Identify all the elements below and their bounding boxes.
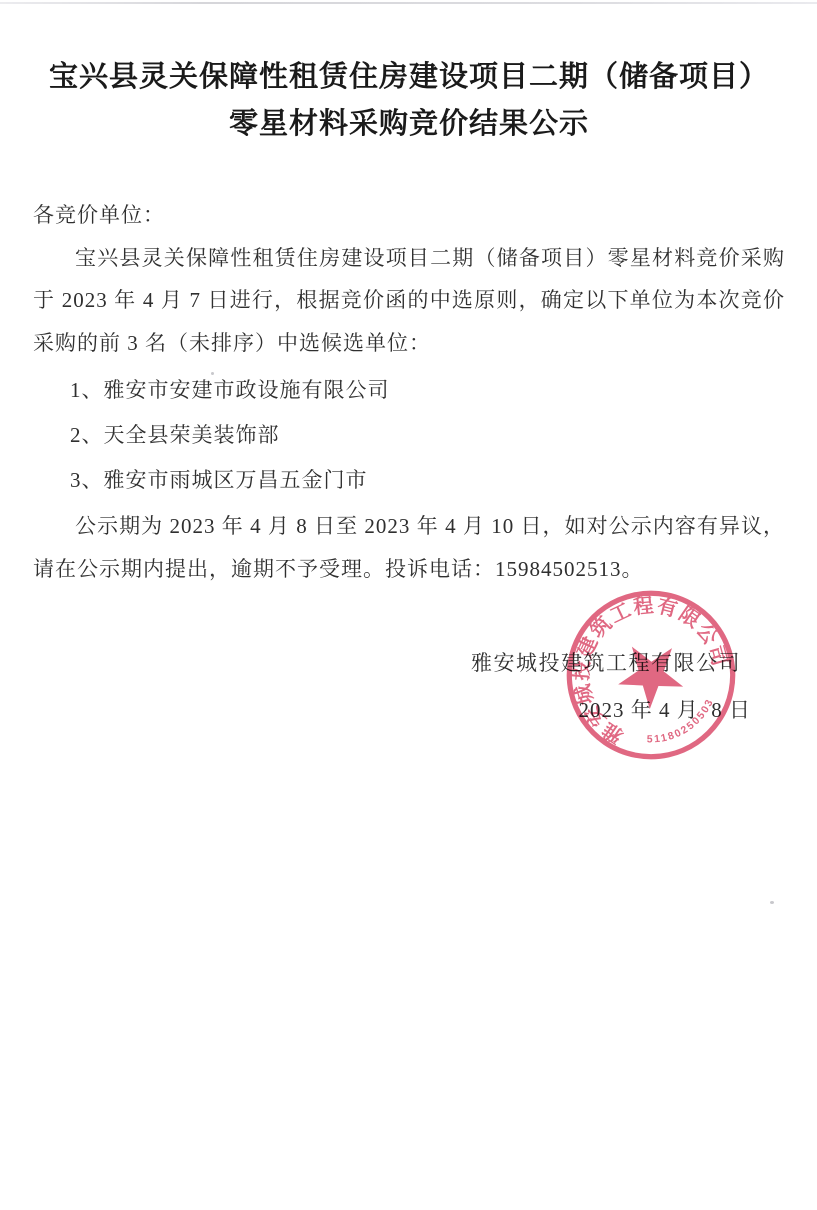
scan-speck [211,372,214,375]
document-title: 宝兴县灵关保障性租赁住房建设项目二期（储备项目） 零星材料采购竞价结果公示 [33,54,785,148]
document-page: 宝兴县灵关保障性租赁住房建设项目二期（储备项目） 零星材料采购竞价结果公示 各竞… [0,0,817,1210]
candidate-item-3: 3、雅安市雨城区万昌五金门市 [70,458,785,503]
signature-block: 雅安城投建筑工程有限公司 2023 年 4 月 8 日 [33,642,785,731]
salutation: 各竞价单位： [33,194,785,237]
document-title-line1: 宝兴县灵关保障性租赁住房建设项目二期（储备项目） [33,54,785,101]
signature-date: 2023 年 4 月 8 日 [33,689,785,731]
candidate-item-1: 1、雅安市安建市政设施有限公司 [70,368,785,413]
paragraph-notice: 公示期为 2023 年 4 月 8 日至 2023 年 4 月 10 日，如对公… [33,505,785,590]
scan-speck [770,901,774,904]
signature-company: 雅安城投建筑工程有限公司 [33,642,785,684]
document-title-line2: 零星材料采购竞价结果公示 [33,101,785,148]
document-content: 宝兴县灵关保障性租赁住房建设项目二期（储备项目） 零星材料采购竞价结果公示 各竞… [0,0,817,731]
candidate-list: 1、雅安市安建市政设施有限公司 2、天全县荣美装饰部 3、雅安市雨城区万昌五金门… [33,368,785,503]
candidate-item-2: 2、天全县荣美装饰部 [70,413,785,458]
paragraph-intro: 宝兴县灵关保障性租赁住房建设项目二期（储备项目）零星材料竞价采购于 2023 年… [33,237,785,365]
